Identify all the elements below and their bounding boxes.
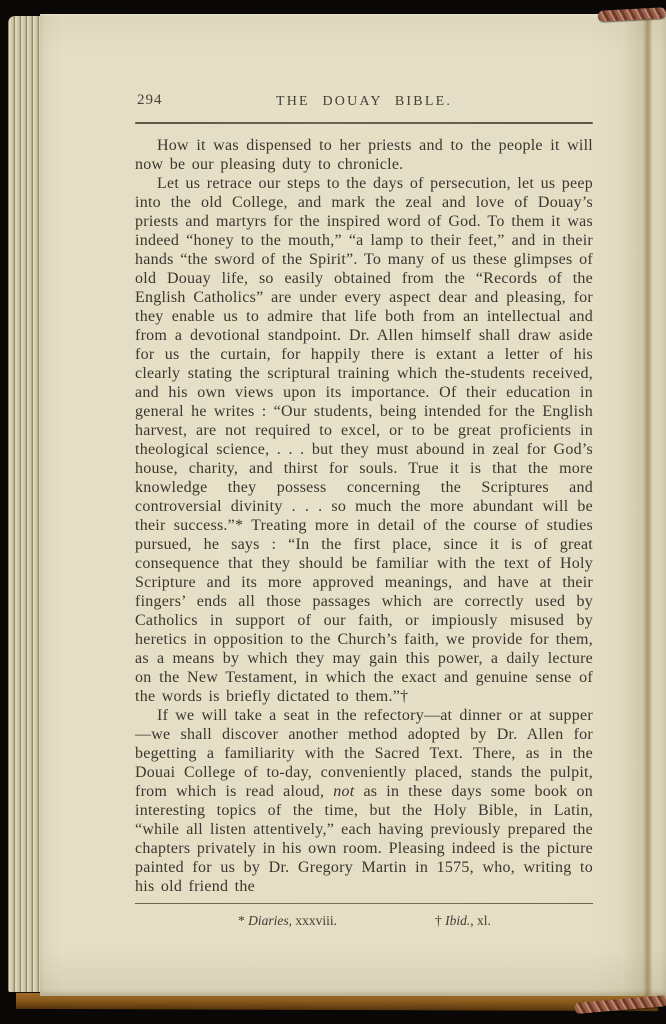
header-rule (135, 122, 593, 124)
paragraph: If we will take a seat in the refectory—… (135, 706, 593, 896)
running-title: THE DOUAY BIBLE. (276, 94, 452, 109)
page-stack-edges (8, 16, 42, 992)
footnote-reference: , xl. (470, 913, 491, 928)
footnote-work-title: Ibid. (445, 913, 470, 928)
footnotes: * Diaries, xxxviii. † Ibid., xl. (135, 913, 593, 929)
footnote-rule (135, 903, 593, 904)
paragraph: Let us retrace our steps to the days of … (135, 174, 593, 706)
page-number: 294 (137, 92, 163, 109)
footnote-marker-dagger: † (435, 913, 445, 928)
footnote-ibid: † Ibid., xl. (435, 913, 491, 929)
footnote-work-title: Diaries (248, 913, 289, 928)
book-page: 294 THE DOUAY BIBLE. How it was dispense… (40, 14, 666, 996)
paragraph: How it was dispensed to her priests and … (135, 136, 593, 174)
page-content: 294 THE DOUAY BIBLE. How it was dispense… (135, 14, 593, 929)
footnote-marker-asterisk: * (238, 913, 248, 928)
footnote-diaries: * Diaries, xxxviii. (238, 913, 337, 929)
footnote-reference: , xxxviii. (289, 913, 337, 928)
body-text: How it was dispensed to her priests and … (135, 136, 593, 896)
page-header: 294 THE DOUAY BIBLE. (135, 92, 593, 111)
